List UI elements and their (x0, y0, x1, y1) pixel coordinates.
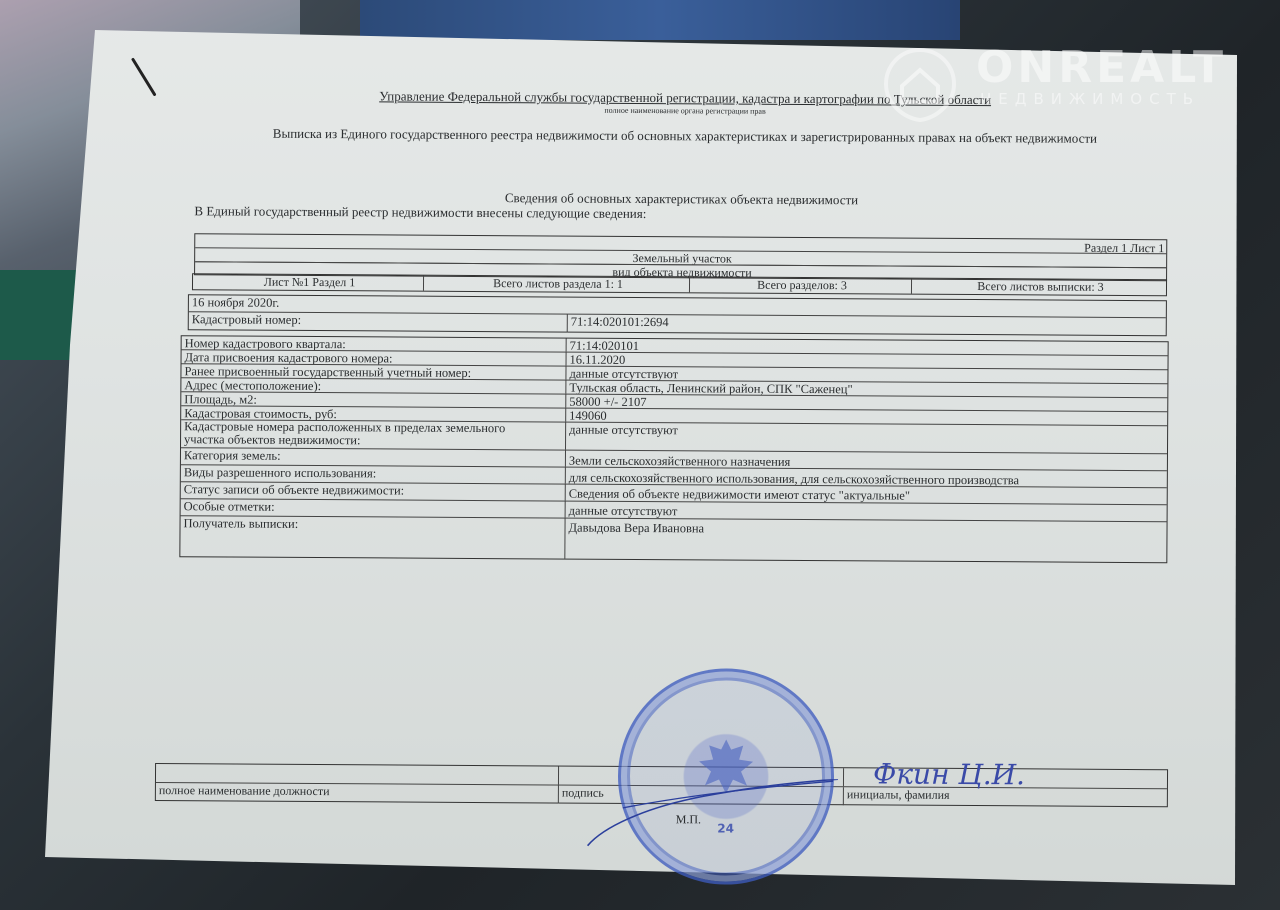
house-logo-icon (880, 44, 960, 124)
field-label: Кадастровая стоимость, руб: (181, 406, 565, 421)
field-label-line2: участка объектов недвижимости: (184, 433, 565, 448)
watermark-brand: ONREALT (976, 42, 1227, 93)
document-content: Управление Федеральной службы государств… (0, 0, 1280, 910)
pen-mark (131, 57, 157, 96)
cadastral-number-value: 71:14:020101:2694 (567, 315, 1166, 337)
field-label: Номер кадастрового квартала: (182, 336, 566, 351)
position-caption: полное наименование должности (156, 783, 558, 803)
field-label: Площадь, м2: (181, 392, 565, 407)
field-label: Категория земель: (181, 448, 565, 466)
cadastral-number-label: Кадастровый номер: (189, 312, 567, 332)
field-label: Виды разрешенного использования: (181, 465, 565, 483)
signature-stroke (583, 778, 843, 850)
field-label: Дата присвоения кадастрового номера: (182, 350, 566, 365)
field-label: Ранее присвоенный государственный учетны… (181, 364, 565, 379)
field-label: Кадастровые номера расположенных в преде… (181, 420, 565, 449)
field-label: Получатель выписки: (180, 516, 564, 558)
watermark: ONREALT НЕДВИЖИМОСТЬ (880, 40, 1240, 120)
watermark-tagline: НЕДВИЖИМОСТЬ (980, 90, 1200, 108)
field-value: Давыдова Вера Ивановна (564, 519, 1166, 563)
field-label: Особые отметки: (181, 499, 565, 517)
table-row: Получатель выписки: Давыдова Вера Иванов… (180, 516, 1166, 562)
field-value: данные отсутствуют (565, 423, 1167, 454)
sheet-number: Лист №1 Раздел 1 (193, 274, 423, 290)
total-sections: Всего разделов: 3 (689, 277, 911, 293)
sheets-in-section: Всего листов раздела 1: 1 (423, 276, 689, 293)
section-intro: В Единый государственный реестр недвижим… (194, 203, 646, 222)
document-title: Выписка из Единого государственного реес… (260, 126, 1110, 147)
field-label: Статус записи об объекте недвижимости: (181, 482, 565, 500)
characteristics-table: Номер кадастрового квартала: 71:14:02010… (179, 335, 1168, 563)
official-seal: 24 (617, 668, 834, 885)
total-sheets: Всего листов выписки: 3 (911, 279, 1166, 296)
handwritten-initials: Фкин Ц.И. (873, 757, 1025, 791)
field-label: Адрес (местоположение): (181, 378, 565, 393)
cadastral-box: 16 ноября 2020г. Кадастровый номер: 71:1… (188, 294, 1167, 336)
